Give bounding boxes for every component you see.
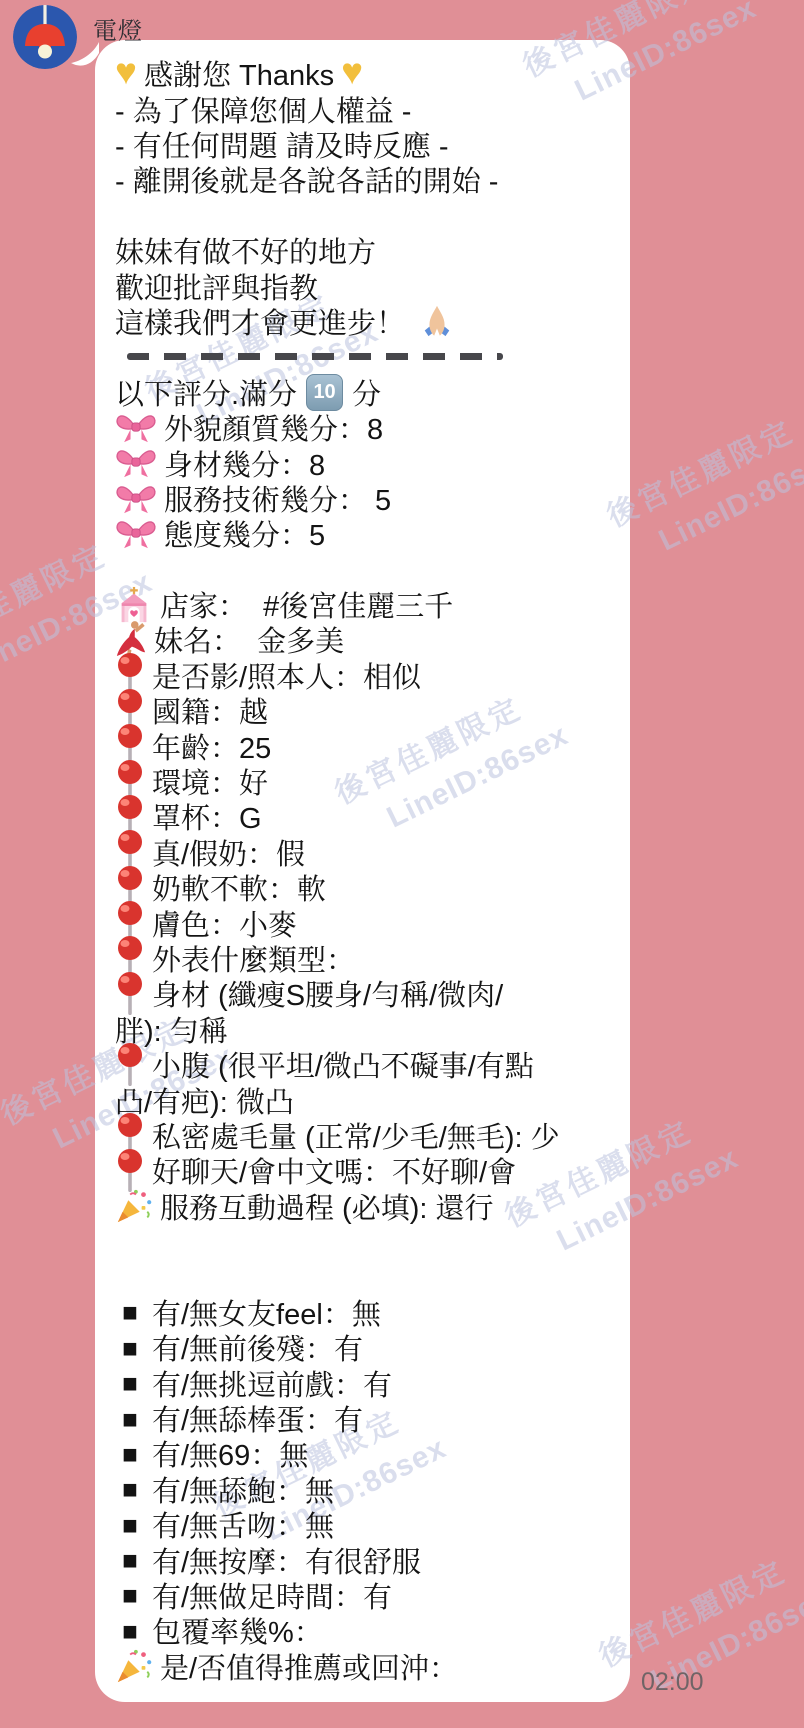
message-line: 身材 (纖瘦S腰身/勻稱/微肉/ xyxy=(115,976,620,1011)
message-line: 態度幾分：5 xyxy=(115,516,620,551)
message-lines: ♥感謝您 Thanks♥- 為了保障您個人權益 -- 有任何問題 請及時反應 -… xyxy=(95,40,630,1684)
yellow-heart-icon: ♥ xyxy=(341,53,363,90)
party-popper-icon xyxy=(115,1187,153,1225)
message-text: - 離開後就是各說各話的開始 - xyxy=(115,159,498,200)
black-square-icon: ■ xyxy=(115,1512,145,1538)
message-line: 外貌顏質幾分：8 xyxy=(115,410,620,445)
message-timestamp: 02:00 xyxy=(641,1668,704,1697)
avatar[interactable] xyxy=(13,5,77,69)
message-text: 服務互動過程 (必填): 還行 xyxy=(160,1186,494,1227)
party-popper-icon xyxy=(115,1647,153,1685)
message-line: 以下評分.滿分10分 xyxy=(115,375,620,410)
black-square-icon: ■ xyxy=(115,1406,145,1432)
message-line: ■有/無前後殘：有 xyxy=(115,1330,620,1365)
message-line: 凸/有疤): 微凸 xyxy=(115,1082,620,1117)
ribbon-bow-icon xyxy=(115,411,157,444)
message-line: 是/否值得推薦或回沖： xyxy=(115,1649,620,1684)
message-line: 好聊天/會中文嗎：不好聊/會 xyxy=(115,1153,620,1188)
message-line: 膚色：小麥 xyxy=(115,905,620,940)
message-line: 身材幾分：8 xyxy=(115,445,620,480)
message-line: ■包覆率幾%： xyxy=(115,1613,620,1648)
message-text: 態度幾分：5 xyxy=(164,513,325,554)
black-square-icon: ■ xyxy=(115,1547,145,1573)
message-line: 服務技術幾分： 5 xyxy=(115,481,620,516)
black-square-icon: ■ xyxy=(115,1618,145,1644)
chat-screen: 後宮佳麗限定LineID:86sex 後宮佳麗限定LineID:86sex 後宮… xyxy=(0,0,804,1728)
message-line: 店家： #後宮佳麗三千 xyxy=(115,587,620,622)
black-square-icon: ■ xyxy=(115,1299,145,1325)
black-square-icon: ■ xyxy=(115,1476,145,1502)
message-line: - 離開後就是各說各話的開始 - xyxy=(115,162,620,197)
message-line: 罩杯：G xyxy=(115,799,620,834)
message-text: 是/否值得推薦或回沖： xyxy=(160,1646,458,1687)
watermark-text: 後宮佳麗限定LineID:86sex xyxy=(600,397,804,578)
message-line: ■有/無做足時間：有 xyxy=(115,1578,620,1613)
message-line: - 有任何問題 請及時反應 - xyxy=(115,127,620,162)
black-square-icon: ■ xyxy=(115,1441,145,1467)
message-bubble[interactable]: ♥感謝您 Thanks♥- 為了保障您個人權益 -- 有任何問題 請及時反應 -… xyxy=(95,40,630,1702)
message-line: 國籍：越 xyxy=(115,693,620,728)
message-line: ♥感謝您 Thanks♥ xyxy=(115,56,620,91)
message-line: - 為了保障您個人權益 - xyxy=(115,91,620,126)
message-line: 歡迎批評與指教 xyxy=(115,268,620,303)
message-line: 服務互動過程 (必填): 還行 xyxy=(115,1189,620,1224)
ribbon-bow-icon xyxy=(115,482,157,515)
wedding-chapel-icon xyxy=(115,586,153,624)
message-line: 小腹 (很平坦/微凸不礙事/有點 xyxy=(115,1047,620,1082)
message-line: 外表什麼類型： xyxy=(115,941,620,976)
blank-line xyxy=(115,1224,620,1259)
message-line: ■有/無舔鮑：無 xyxy=(115,1472,620,1507)
ribbon-bow-icon xyxy=(115,446,157,479)
yellow-heart-icon: ♥ xyxy=(115,53,137,90)
message-line: ■有/無按摩：有很舒服 xyxy=(115,1542,620,1577)
message-line: ■有/無女友feel：無 xyxy=(115,1295,620,1330)
message-line: 真/假奶：假 xyxy=(115,835,620,870)
message-line: 是否影/照本人：相似 xyxy=(115,658,620,693)
blank-line xyxy=(115,551,620,586)
message-line: 胖): 勻稱 xyxy=(115,1012,620,1047)
sender-name: 電燈 xyxy=(93,11,143,46)
divider-line xyxy=(115,339,620,374)
blank-line xyxy=(115,198,620,233)
message-line: 妹妹有做不好的地方 xyxy=(115,233,620,268)
message-line: 環境：好 xyxy=(115,764,620,799)
message-line: ■有/無舔棒蛋：有 xyxy=(115,1401,620,1436)
message-line: 這樣我們才會更進步！ xyxy=(115,304,620,339)
message-line: 奶軟不軟：軟 xyxy=(115,870,620,905)
message-line: 妹名： 金多美 xyxy=(115,622,620,657)
message-text: 這樣我們才會更進步！ xyxy=(115,301,413,342)
message-line: ■有/無69：無 xyxy=(115,1436,620,1471)
message-line: 私密處毛量 (正常/少毛/無毛): 少 xyxy=(115,1118,620,1153)
dashed-divider xyxy=(127,353,503,360)
folded-hands-icon xyxy=(420,304,454,338)
pendant-lamp-icon xyxy=(13,56,77,69)
blank-line xyxy=(115,1259,620,1294)
message-line: ■有/無舌吻：無 xyxy=(115,1507,620,1542)
black-square-icon: ■ xyxy=(115,1335,145,1361)
keycap-10-icon: 10 xyxy=(306,374,343,411)
message-line: ■有/無挑逗前戲：有 xyxy=(115,1365,620,1400)
black-square-icon: ■ xyxy=(115,1370,145,1396)
message-line: 年齡：25 xyxy=(115,728,620,763)
black-square-icon: ■ xyxy=(115,1582,145,1608)
ribbon-bow-icon xyxy=(115,517,157,550)
